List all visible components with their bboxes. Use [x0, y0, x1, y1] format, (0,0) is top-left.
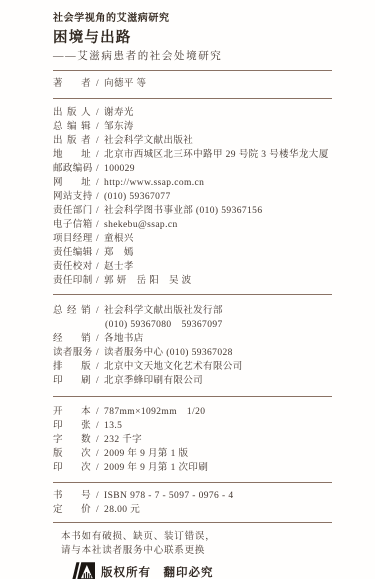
- publisher-logo-icon: [72, 562, 95, 579]
- info-label: 印刷: [53, 374, 91, 388]
- isbn-price-section: 书号/ISBN 978 - 7 - 5097 - 0976 - 4定价/28.0…: [53, 483, 332, 522]
- info-label: 电子信箱: [53, 218, 91, 232]
- info-row: 邮政编码/100029: [53, 162, 332, 176]
- info-value: 童根兴: [104, 234, 134, 244]
- damage-notice-line2: 请与本社读者服务中心联系更换: [61, 545, 332, 559]
- info-value: 28.00 元: [104, 505, 140, 515]
- info-label: 总经销: [53, 304, 91, 318]
- info-label: 排版: [53, 360, 91, 374]
- info-value: ISBN 978 - 7 - 5097 - 0976 - 4: [104, 491, 233, 501]
- book-header: 社会学视角的艾滋病研究 困境与出路 ——艾滋病患者的社会处境研究: [53, 13, 332, 63]
- label-value-separator: /: [96, 162, 99, 176]
- info-label: 责任印制: [53, 274, 91, 288]
- info-label: 责任校对: [53, 260, 91, 274]
- info-value: 2009 年 9 月第 1 次印刷: [104, 463, 208, 473]
- info-value: 北京中文天地文化艺术有限公司: [104, 362, 243, 372]
- printing-spec-section: 开本/787mm×1092mm 1/20印张/13.5字数/232 千字版次/2…: [53, 397, 332, 482]
- info-row: 经销/各地书店: [53, 332, 332, 346]
- label-value-separator: /: [96, 78, 99, 90]
- info-value: 邹东涛: [104, 122, 134, 132]
- info-row: 责任印制/郭 妍 岳 阳 吴 波: [53, 274, 332, 288]
- label-value-separator: /: [96, 461, 99, 475]
- damage-notice-line1: 本书如有破损、缺页、装订错误，: [61, 531, 332, 545]
- info-value: 社会科学文献出版社: [104, 136, 193, 146]
- info-label: 邮政编码: [53, 162, 91, 176]
- info-row: 定价/28.00 元: [53, 503, 332, 517]
- info-label: 定价: [53, 503, 91, 517]
- info-label: 书号: [53, 489, 91, 503]
- info-value: 郑 嫣: [104, 248, 134, 258]
- info-value: 社会科学图书事业部 (010) 59367156: [104, 206, 262, 216]
- info-label: 网站支持: [53, 190, 91, 204]
- label-value-separator: /: [96, 332, 99, 346]
- info-label: 出版者: [53, 134, 91, 148]
- series-title: 社会学视角的艾滋病研究: [53, 13, 332, 25]
- info-row: 总编辑/邹东涛: [53, 120, 332, 134]
- info-label: 责任部门: [53, 204, 91, 218]
- info-row: 电子信箱/shekebu@ssap.cn: [53, 218, 332, 232]
- info-row: 出版者/社会科学文献出版社: [53, 134, 332, 148]
- distribution-section: 总经销/社会科学文献出版社发行部(010) 59367080 59367097经…: [53, 295, 332, 396]
- info-label: 版次: [53, 447, 91, 461]
- info-row: 排版/北京中文天地文化艺术有限公司: [53, 360, 332, 374]
- label-value-separator: /: [96, 304, 99, 318]
- book-title: 困境与出路: [53, 31, 332, 46]
- label-value-separator: /: [96, 360, 99, 374]
- info-value: shekebu@ssap.cn: [104, 220, 178, 230]
- label-value-separator: /: [96, 218, 99, 232]
- label-value-separator: /: [96, 120, 99, 134]
- label-value-separator: /: [96, 232, 99, 246]
- info-row: 印刷/北京季蜂印刷有限公司: [53, 374, 332, 388]
- copyright-row: 版权所有 翻印必究: [53, 562, 332, 579]
- info-label: 项目经理: [53, 232, 91, 246]
- info-label: 开本: [53, 405, 91, 419]
- info-label: 出版人: [53, 106, 91, 120]
- info-label: 总编辑: [53, 120, 91, 134]
- info-label: 印次: [53, 461, 91, 475]
- colophon-page: 社会学视角的艾滋病研究 困境与出路 ——艾滋病患者的社会处境研究 著者/向德平 …: [0, 0, 375, 579]
- info-label: 网址: [53, 176, 91, 190]
- label-value-separator: /: [96, 419, 99, 433]
- info-row: 网站支持/(010) 59367077: [53, 190, 332, 204]
- info-row: 总经销/社会科学文献出版社发行部: [53, 304, 332, 318]
- info-value: 社会科学文献出版社发行部: [104, 306, 223, 316]
- author-row: 著者/向德平 等: [53, 71, 332, 98]
- info-value: (010) 59367080 59367097: [105, 320, 223, 330]
- label-value-separator: /: [96, 374, 99, 388]
- label-value-separator: /: [96, 346, 99, 360]
- label-value-separator: /: [96, 447, 99, 461]
- info-value: (010) 59367077: [104, 192, 171, 202]
- label-value-separator: /: [96, 204, 99, 218]
- info-row: 版次/2009 年 9 月第 1 版: [53, 447, 332, 461]
- info-value: 232 千字: [104, 435, 142, 445]
- label-value-separator: /: [96, 405, 99, 419]
- info-row: 印次/2009 年 9 月第 1 次印刷: [53, 461, 332, 475]
- label-value-separator: /: [96, 503, 99, 517]
- label-value-separator: /: [96, 489, 99, 503]
- info-value: 北京市西城区北三环中路甲 29 号院 3 号楼华龙大厦: [104, 150, 329, 160]
- info-row: 责任校对/赵士孝: [53, 260, 332, 274]
- info-row: (010) 59367080 59367097: [53, 318, 332, 332]
- label-value-separator: /: [96, 260, 99, 274]
- info-row: 开本/787mm×1092mm 1/20: [53, 405, 332, 419]
- info-value: 读者服务中心 (010) 59367028: [104, 348, 233, 358]
- info-value: http://www.ssap.com.cn: [104, 178, 204, 188]
- info-label: 印张: [53, 419, 91, 433]
- info-value: 100029: [104, 164, 135, 174]
- label-value-separator: /: [96, 246, 99, 260]
- info-row: 书号/ISBN 978 - 7 - 5097 - 0976 - 4: [53, 489, 332, 503]
- label-value-separator: /: [96, 106, 99, 120]
- info-value: 13.5: [104, 421, 122, 431]
- info-row: 读者服务/读者服务中心 (010) 59367028: [53, 346, 332, 360]
- info-label: 读者服务: [53, 346, 91, 360]
- publisher-info-section: 出版人/谢寿光总编辑/邹东涛出版者/社会科学文献出版社地址/北京市西城区北三环中…: [53, 99, 332, 294]
- label-value-separator: /: [96, 148, 99, 162]
- info-label: 经销: [53, 332, 91, 346]
- label-value-separator: /: [96, 190, 99, 204]
- info-value: 赵士孝: [104, 262, 134, 272]
- info-row: 责任编辑/郑 嫣: [53, 246, 332, 260]
- info-value: 谢寿光: [104, 108, 134, 118]
- author-label: 著者: [53, 78, 91, 90]
- info-row: 网址/http://www.ssap.com.cn: [53, 176, 332, 190]
- damage-notice: 本书如有破损、缺页、装订错误， 请与本社读者服务中心联系更换: [53, 523, 332, 558]
- info-row: 责任部门/社会科学图书事业部 (010) 59367156: [53, 204, 332, 218]
- info-label: 责任编辑: [53, 246, 91, 260]
- info-row: 出版人/谢寿光: [53, 106, 332, 120]
- label-value-separator: /: [96, 176, 99, 190]
- info-row: 字数/232 千字: [53, 433, 332, 447]
- author-value: 向德平 等: [104, 79, 146, 89]
- label-value-separator: /: [96, 274, 99, 288]
- info-value: 2009 年 9 月第 1 版: [104, 449, 188, 459]
- info-row: 项目经理/童根兴: [53, 232, 332, 246]
- info-row: 印张/13.5: [53, 419, 332, 433]
- info-value: 787mm×1092mm 1/20: [104, 407, 205, 417]
- book-subtitle: ——艾滋病患者的社会处境研究: [53, 51, 332, 63]
- info-value: 各地书店: [104, 334, 144, 344]
- info-row: 地址/北京市西城区北三环中路甲 29 号院 3 号楼华龙大厦: [53, 148, 332, 162]
- info-value: 郭 妍 岳 阳 吴 波: [104, 276, 192, 286]
- info-label: 地址: [53, 148, 91, 162]
- label-value-separator: /: [96, 134, 99, 148]
- label-value-separator: /: [96, 433, 99, 447]
- info-label: 字数: [53, 433, 91, 447]
- info-value: 北京季蜂印刷有限公司: [104, 376, 203, 386]
- copyright-statement: 版权所有 翻印必究: [101, 564, 214, 579]
